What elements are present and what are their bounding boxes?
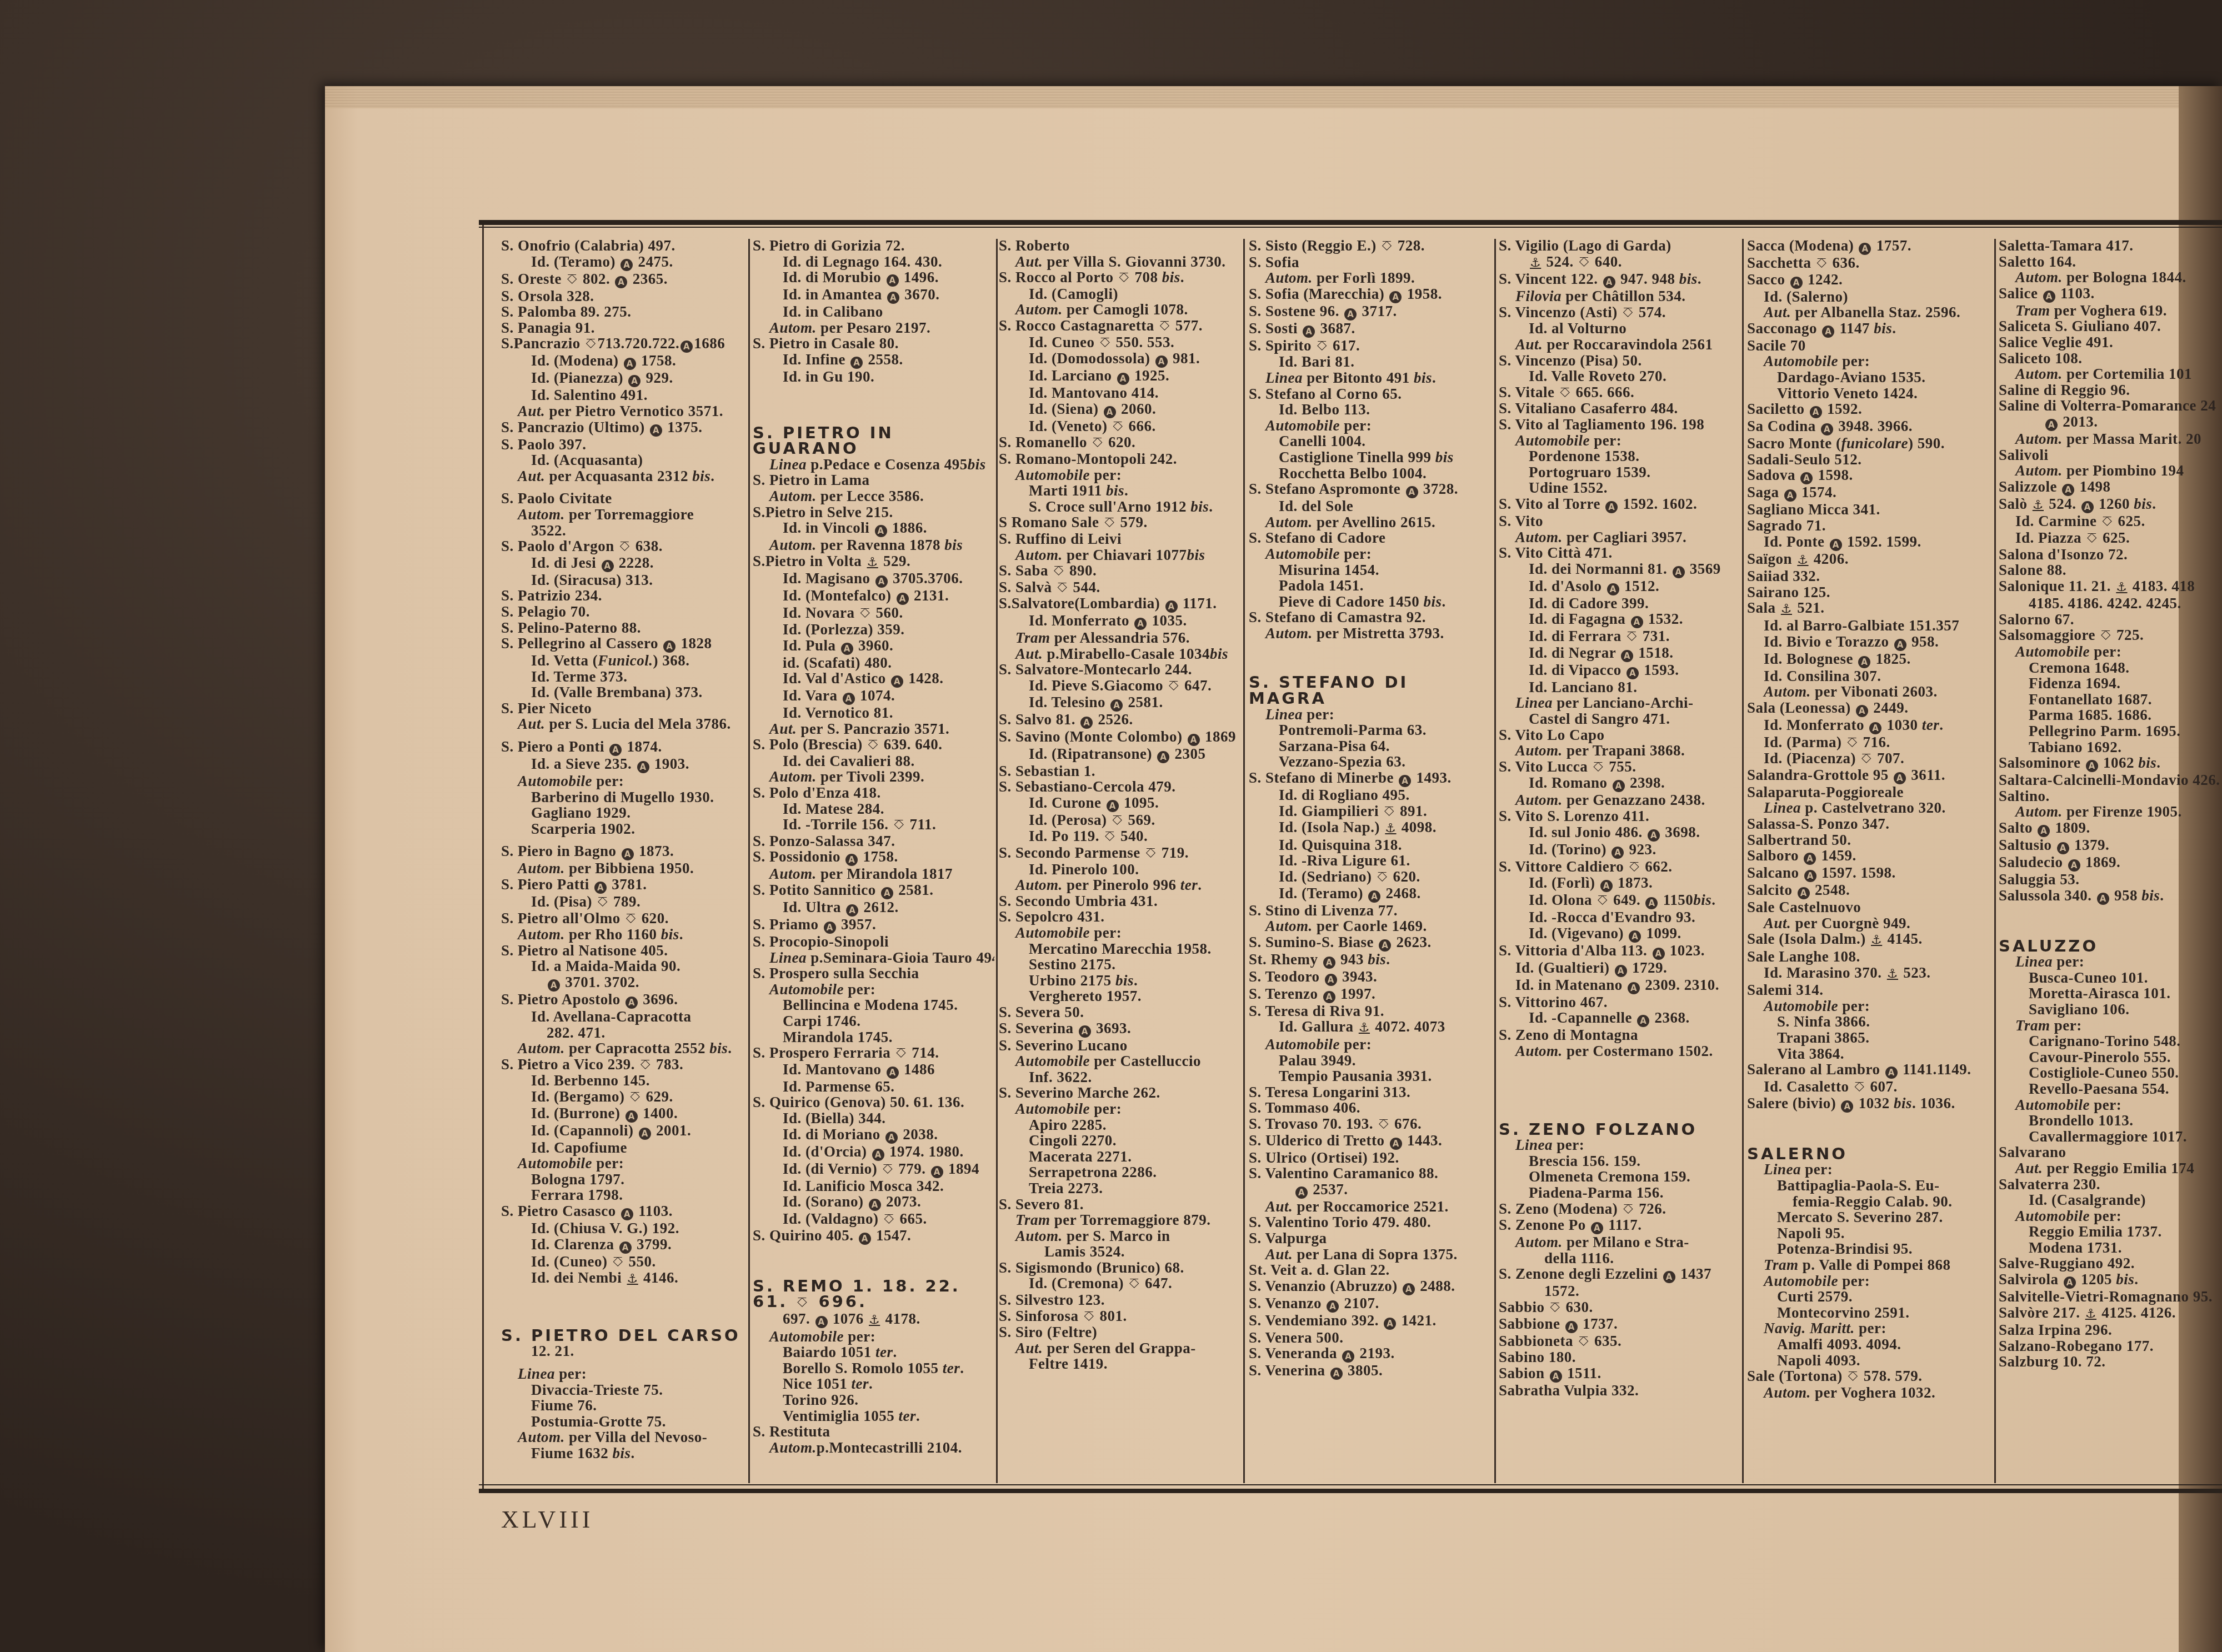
tramway-bell-icon: ⎏ — [1579, 254, 1589, 271]
italic-text: Automobile — [2015, 1097, 2090, 1113]
index-entry: Mercato S. Severino 287. — [1747, 1209, 1994, 1225]
italic-text: bis — [2134, 495, 2152, 512]
index-entry: Autom. per Mirandola 1817 — [753, 866, 994, 882]
index-entry: Saltara-Calcinelli-Mondavio 426. — [1999, 772, 2222, 788]
index-entry: Id. Giampilieri ⎏ 891. — [1249, 803, 1493, 820]
automobile-service-icon: A — [1810, 406, 1822, 418]
automobile-service-icon: A — [1648, 829, 1660, 842]
automobile-service-icon: A — [887, 274, 899, 287]
index-entry: Salorno 67. — [1999, 612, 2222, 628]
index-entry: Sacca (Modena) A 1757. — [1747, 238, 1994, 255]
index-entry: Id. Olona ⎏ 649. A 1150bis. — [1499, 892, 1741, 909]
index-entry: Automobile per: — [1499, 433, 1741, 449]
italic-text: Aut. — [518, 403, 545, 419]
italic-text: bis — [1190, 498, 1209, 515]
italic-text: Autom. — [769, 488, 817, 504]
automobile-service-icon: A — [1344, 308, 1357, 321]
spacer — [753, 1245, 994, 1274]
automobile-service-icon: A — [1303, 326, 1315, 338]
index-entry: Autom. per Rho 1160 bis. — [501, 927, 745, 943]
index-entry: Vita 3864. — [1747, 1046, 1994, 1062]
tramway-bell-icon: ⎏ — [895, 1045, 906, 1062]
index-entry: S. Stefano di Camastra 92. — [1249, 609, 1493, 625]
index-entry: Saline di Volterra-Pomarance 24 — [1999, 398, 2222, 414]
index-entry: Id. Novara ⎏ 560. — [753, 605, 994, 622]
index-entry: S. Vittorino 467. — [1499, 994, 1741, 1010]
automobile-service-icon: A — [1550, 1370, 1562, 1383]
index-entry: S. Siro (Feltre) — [999, 1324, 1242, 1340]
tramway-bell-icon: ⎏ — [1104, 515, 1115, 531]
tramway-bell-icon: ⎏ — [1084, 1309, 1094, 1325]
italic-text: bis — [709, 1040, 728, 1057]
index-entry: Id. Consilina 307. — [1747, 668, 1994, 684]
automobile-service-icon: A — [1800, 472, 1813, 484]
index-entry: S. Tommaso 406. — [1249, 1100, 1493, 1116]
tramway-bell-icon: ⎏ — [1092, 435, 1103, 451]
index-entry: Castel di Sangro 471. — [1499, 711, 1741, 727]
index-entry: S. Paolo Civitate — [501, 490, 745, 507]
index-entry: Id. -Rocca d'Evandro 93. — [1499, 909, 1741, 925]
index-entry: St. Rhemy A 943 bis. — [1249, 952, 1493, 969]
index-entry: Automobile per: — [1999, 644, 2222, 660]
index-entry: S. Quirico (Genova) 50. 61. 136. — [753, 1094, 994, 1110]
index-entry: S. Veneranda A 2193. — [1249, 1345, 1493, 1363]
index-entry: Curti 2579. — [1747, 1289, 1994, 1305]
automobile-service-icon: A — [1821, 423, 1833, 435]
index-entry: S. Saba ⎏ 890. — [999, 563, 1242, 579]
index-entry: Linea per: — [1747, 1162, 1994, 1178]
automobile-service-icon: A — [1107, 800, 1119, 812]
index-entry: Aut. per Roccaravindola 2561 — [1499, 337, 1741, 353]
index-entry: S.Salvatore(Lombardia) A 1171. — [999, 595, 1242, 613]
index-entry: 282. 471. — [501, 1025, 745, 1041]
index-entry: Id. Lanciano 81. — [1499, 679, 1741, 695]
index-entry: Id. Ponte A 1592. 1599. — [1747, 534, 1994, 551]
index-entry: S. Stefano di Cadore — [1249, 530, 1493, 546]
tramway-bell-icon: ⎏ — [1378, 1117, 1389, 1133]
index-entry: S. Vittore Caldiero ⎏ 662. — [1499, 859, 1741, 875]
index-entry: Id. dei Normanni 81. A 3569 — [1499, 561, 1741, 578]
section-heading: S. REMO 1. 18. 22. 61. ⎏ 696. — [753, 1278, 994, 1311]
index-entry: Saluggia 53. — [1999, 872, 2222, 888]
index-entry: Id. in Matenano A 2309. 2310. — [1499, 977, 1741, 994]
tramway-bell-icon: ⎏ — [1560, 385, 1570, 401]
index-entry: Pellegrino Parm. 1695. — [1999, 723, 2222, 739]
index-entry: Salice Veglie 491. — [1999, 334, 2222, 351]
index-entry: S. Secondo Umbria 431. — [999, 893, 1242, 909]
automobile-service-icon: A — [1784, 489, 1796, 502]
automobile-service-icon: A — [875, 575, 888, 588]
index-entry: S. Vincent 122. A 947. 948 bis. — [1499, 271, 1741, 288]
index-entry: Sagrado 71. — [1747, 518, 1994, 534]
index-entry: Automobile per Castelluccio — [999, 1053, 1242, 1069]
index-entry: S. Vito Lo Capo — [1499, 727, 1741, 743]
index-entry: Id. Carmine ⎏ 625. — [1999, 513, 2222, 530]
index-entry: S.Pancrazio ⎏713.720.722.A1686 — [501, 336, 745, 353]
index-column-6: Sacca (Modena) A 1757.Sacchetta ⎏ 636.Sa… — [1747, 238, 1994, 1482]
index-entry: S. Pellegrino al Cassero A 1828 — [501, 635, 745, 653]
bottom-rule-thin — [479, 1484, 2222, 1485]
index-entry: Automobile per: — [1249, 1037, 1493, 1053]
index-entry: Salsomaggiore ⎏ 725. — [1999, 627, 2222, 644]
index-entry: S. Vendemiano 392. A 1421. — [1249, 1313, 1493, 1330]
italic-text: bis — [1894, 1095, 1912, 1112]
index-entry: Id. Piazza ⎏ 625. — [1999, 530, 2222, 547]
index-entry: Salcano A 1597. 1598. — [1747, 865, 1994, 882]
index-entry: Id. Bolognese A 1825. — [1747, 651, 1994, 668]
automobile-service-icon: A — [2086, 760, 2098, 772]
italic-text: Aut. — [1764, 304, 1791, 321]
index-entry: Id. dei Cavalieri 88. — [753, 753, 994, 769]
italic-text: Automobile — [1265, 1036, 1340, 1053]
italic-text: bis — [1414, 369, 1432, 386]
automobile-service-icon: A — [1406, 486, 1418, 498]
index-entry: Rocchetta Belbo 1004. — [1249, 465, 1493, 482]
automobile-service-icon: A — [1859, 243, 1871, 255]
index-entry: Barberino di Mugello 1930. — [501, 789, 745, 805]
index-entry: Mercatino Marecchia 1958. — [999, 941, 1242, 957]
spacer — [1499, 1059, 1741, 1088]
index-entry: Id. (Sorano) A 2073. — [753, 1194, 994, 1211]
index-entry: Autom. per Forlì 1899. — [1249, 270, 1493, 286]
index-entry: S. Sofia — [1249, 254, 1493, 271]
italic-text: Autom. — [518, 860, 565, 877]
index-entry: Id. (Vigevano) A 1099. — [1499, 925, 1741, 943]
index-entry: S. Stefano al Corno 65. — [1249, 386, 1493, 402]
index-entry: Pontremoli-Parma 63. — [1249, 722, 1493, 738]
index-entry: Id. Mantovano 414. — [999, 385, 1242, 401]
index-entry: Busca-Cuneo 101. — [1999, 970, 2222, 986]
index-entry: S. Ulrico (Ortisei) 192. — [1249, 1150, 1493, 1166]
automobile-service-icon: A — [869, 1199, 881, 1211]
italic-text: Filovia — [1515, 288, 1562, 304]
index-entry: S. Stefano Aspromonte A 3728. — [1249, 481, 1493, 498]
index-entry: Carpi 1746. — [753, 1013, 994, 1029]
automobile-service-icon: A — [1080, 717, 1093, 729]
index-entry: Id. Infine A 2558. — [753, 352, 994, 369]
italic-text: Autom. — [769, 865, 817, 882]
index-entry: Saliceta S. Giuliano 407. — [1999, 318, 2222, 334]
index-entry: S. Venanzio (Abruzzo) A 2488. — [1249, 1278, 1493, 1295]
index-entry: Sale Castelnuovo — [1747, 899, 1994, 915]
index-entry: 697. A 1076 ⚓ 4178. — [753, 1311, 994, 1329]
index-entry: Apiro 2285. — [999, 1117, 1242, 1133]
index-entry: Autom. per Capracotta 2552 bis. — [501, 1040, 745, 1057]
page-stack-edge — [325, 86, 2222, 108]
italic-text: Funicol. — [598, 652, 653, 669]
automobile-service-icon: A — [1653, 948, 1665, 960]
tramway-bell-icon: ⎏ — [1119, 270, 1129, 286]
index-entry: Id. Val d'Astico A 1428. — [753, 670, 994, 688]
index-entry: Id. Marasino 370. ⚓ 523. — [1747, 965, 1994, 983]
automobile-service-icon: A — [1804, 853, 1816, 865]
tramway-bell-icon: ⎏ — [1861, 751, 1871, 767]
index-entry: Id. (Ripatransone) A 2305 — [999, 746, 1242, 763]
index-entry: Autom. per Villa del Nevoso- — [501, 1429, 745, 1445]
italic-text: Autom. — [518, 926, 565, 943]
index-entry: Saliceto 108. — [1999, 351, 2222, 367]
automobile-service-icon: A — [1613, 780, 1625, 792]
index-entry: Udine 1552. — [1499, 480, 1741, 496]
index-entry: S. Pelagio 70. — [501, 604, 745, 620]
italic-text: Automobile — [1515, 432, 1590, 449]
navigation-ship-icon: ⚓ — [869, 1313, 880, 1329]
index-entry: S. Pier Niceto — [501, 700, 745, 717]
tramway-bell-icon: ⎏ — [1847, 735, 1858, 751]
spacer — [753, 385, 994, 414]
automobile-service-icon: A — [1591, 1222, 1603, 1234]
index-entry: Id. (Domodossola) A 981. — [999, 351, 1242, 368]
index-entry: Id. sul Jonio 486. A 3698. — [1499, 824, 1741, 842]
index-entry: Linea p.Seminara-Gioia Tauro 494 — [753, 950, 994, 966]
index-entry: Autom. per Piombino 194 — [1999, 463, 2222, 479]
italic-text: funicolare — [1841, 435, 1908, 452]
column-separator — [1494, 239, 1496, 1483]
index-entry: Pieve di Cadore 1450 bis. — [1249, 594, 1493, 610]
italic-text: Autom. — [1515, 792, 1563, 808]
automobile-service-icon: A — [1663, 1271, 1675, 1283]
italic-text: Linea — [518, 1365, 555, 1382]
index-entry: Trapani 3865. — [1747, 1030, 1994, 1046]
index-entry: S. Ruffino di Leivi — [999, 531, 1242, 547]
italic-text: Autom. — [518, 1429, 565, 1445]
index-entry: Napoli 4093. — [1747, 1353, 1994, 1369]
tramway-bell-icon: ⎏ — [619, 539, 630, 555]
automobile-service-icon: A — [1629, 930, 1641, 943]
tramway-bell-icon: ⎏ — [1057, 580, 1068, 596]
index-entry: S. Restituta — [753, 1424, 994, 1440]
index-entry: Costigliole-Cuneo 550. — [1999, 1065, 2222, 1081]
index-entry: Id. Mantovano A 1486 — [753, 1062, 994, 1079]
index-entry: S. Sepolcro 431. — [999, 909, 1242, 925]
index-entry: Id. (Valdagno) ⎏ 665. — [753, 1211, 994, 1228]
italic-text: Autom. — [2015, 269, 2063, 286]
index-entry: Linea p.Pedace e Cosenza 495bis — [753, 457, 994, 473]
italic-text: Tram — [1764, 1256, 1799, 1273]
index-entry: ⚓ 524. ⎏ 640. — [1499, 254, 1741, 272]
index-entry: Dardago-Aviano 1535. — [1747, 369, 1994, 386]
index-entry: Tram per Alessandria 576. — [999, 630, 1242, 646]
index-entry: Sabbioneta ⎏ 635. — [1499, 1333, 1741, 1350]
index-entry: S. Teresa di Riva 91. — [1249, 1003, 1493, 1019]
index-entry: Id. Matese 284. — [753, 801, 994, 817]
index-entry: Id. Capofiume — [501, 1140, 745, 1156]
index-entry: Postumia-Grotte 75. — [501, 1414, 745, 1430]
index-entry: Gagliano 1929. — [501, 805, 745, 821]
italic-text: ter — [943, 1360, 960, 1376]
index-entry: S. Palomba 89. 275. — [501, 304, 745, 320]
spacer — [501, 1316, 745, 1323]
index-entry: Salvirola A 1205 bis. — [1999, 1271, 2222, 1289]
automobile-service-icon: A — [1607, 583, 1619, 595]
index-entry: Id. di Moriano A 2038. — [753, 1127, 994, 1144]
index-entry: Id. di Ferrara ⎏ 731. — [1499, 628, 1741, 645]
index-entry: Brondello 1013. — [1999, 1113, 2222, 1129]
index-entry: Id. a Sieve 235. A 1903. — [501, 756, 745, 773]
index-entry: Portogruaro 1539. — [1499, 464, 1741, 480]
index-entry: Autom. per Pesaro 2197. — [753, 320, 994, 336]
italic-text: Autom. — [2015, 462, 2063, 479]
automobile-service-icon: A — [1368, 890, 1380, 903]
index-entry: Salbertrand 50. — [1747, 832, 1994, 848]
tramway-bell-icon: ⎏ — [2086, 530, 2097, 547]
index-entry: S. Potito Sannitico A 2581. — [753, 882, 994, 899]
index-entry: Sale Langhe 108. — [1747, 949, 1994, 965]
italic-text: Linea — [769, 949, 807, 966]
index-entry: Sacconago A 1147 bis. — [1747, 321, 1994, 338]
automobile-service-icon: A — [1822, 326, 1834, 338]
index-entry: Autom. per Trapani 3868. — [1499, 743, 1741, 759]
italic-text: Autom. — [1515, 1234, 1563, 1250]
spacer — [1249, 641, 1493, 670]
automobile-service-icon: A — [1612, 847, 1624, 859]
index-entry: Id. Magisano A 3705.3706. — [753, 570, 994, 588]
navigation-ship-icon: ⚓ — [2116, 580, 2127, 596]
automobile-service-icon: A — [1804, 870, 1816, 882]
index-entry: Linea per: — [501, 1366, 745, 1382]
index-entry: Salcito A 2548. — [1747, 882, 1994, 899]
index-entry: Id. Po 119. ⎏ 540. — [999, 828, 1242, 845]
automobile-service-icon: A — [1603, 276, 1615, 288]
tramway-bell-icon: ⎏ — [1145, 845, 1156, 862]
navigation-ship-icon: ⚓ — [1871, 933, 1882, 949]
index-entry: Vezzano-Spezia 63. — [1249, 754, 1493, 770]
index-entry: Parma 1685. 1686. — [1999, 707, 2222, 723]
tramway-bell-icon: ⎏ — [597, 894, 608, 910]
index-entry: S. Stefano di Minerbe A 1493. — [1249, 770, 1493, 787]
automobile-service-icon: A — [1790, 277, 1803, 289]
index-entry: femia-Reggio Calab. 90. — [1747, 1194, 1994, 1210]
index-entry: Id. (Pisa) ⎏ 789. — [501, 894, 745, 910]
italic-text: bis — [1106, 482, 1124, 499]
italic-text: ter — [851, 1375, 869, 1392]
index-entry: Sestino 2175. — [999, 957, 1242, 973]
italic-text: Autom. — [2015, 803, 2063, 820]
italic-text: bis — [661, 926, 679, 943]
left-rule — [482, 225, 484, 1489]
automobile-service-icon: A — [1637, 1015, 1649, 1027]
index-entry: Bologna 1797. — [501, 1172, 745, 1188]
italic-text: Automobile — [2015, 643, 2090, 660]
index-entry: Feltre 1419. — [999, 1356, 1242, 1372]
automobile-service-icon: A — [815, 1316, 828, 1328]
index-entry: S. Quirino 405. A 1547. — [753, 1228, 994, 1245]
italic-text: Tram — [1015, 629, 1050, 646]
italic-text: Autom. — [1265, 918, 1313, 934]
automobile-service-icon: A — [621, 1208, 633, 1220]
automobile-service-icon: A — [885, 1132, 898, 1144]
tramway-bell-icon: ⎏ — [1053, 563, 1064, 579]
index-entry: Cavour-Pinerolo 555. — [1999, 1049, 2222, 1065]
index-entry: id. (Scafati) 480. — [753, 655, 994, 671]
automobile-service-icon: A — [887, 1067, 899, 1079]
automobile-service-icon: A — [1295, 1187, 1308, 1199]
index-entry: Id. Romano A 2398. — [1499, 775, 1741, 792]
automobile-service-icon: A — [2045, 419, 2058, 431]
index-entry: Automobile per: — [1747, 998, 1994, 1014]
index-entry: S. Valentino Torio 479. 480. — [1249, 1214, 1493, 1230]
index-entry: Id. (Siena) A 2060. — [999, 401, 1242, 418]
index-entry: Id. (Parma) ⎏ 716. — [1747, 734, 1994, 751]
index-entry: Id. d'Asolo A 1512. — [1499, 578, 1741, 595]
automobile-service-icon: A — [2038, 825, 2050, 837]
tramway-bell-icon: ⎏ — [1629, 859, 1640, 875]
index-entry: Sacro Monte (funicolare) 590. — [1747, 435, 1994, 452]
tramway-bell-icon: ⎏ — [1384, 804, 1394, 820]
automobile-service-icon: A — [1858, 656, 1870, 668]
tramway-bell-icon: ⎏ — [1597, 893, 1608, 909]
automobile-service-icon: A — [1830, 539, 1842, 551]
italic-text: bis — [1423, 593, 1442, 610]
index-entry: Id. (d'Orcia) A 1974. 1980. — [753, 1144, 994, 1161]
index-entry: Id. in Vincoli A 1886. — [753, 520, 994, 537]
index-entry: Id. (Veneto) ⎏ 666. — [999, 418, 1242, 435]
index-entry: Saga A 1574. — [1747, 484, 1994, 502]
index-entry: Autom. per Milano e Stra- — [1499, 1234, 1741, 1250]
index-entry: Verghereto 1957. — [999, 988, 1242, 1004]
index-entry: 4185. 4186. 4242. 4245. — [1999, 595, 2222, 612]
index-entry: Automobile per: — [1999, 1208, 2222, 1224]
index-entry: Id. Vara A 1074. — [753, 688, 994, 705]
index-entry: Id. Belbo 113. — [1249, 402, 1493, 418]
index-entry: Id. al Barro-Galbiate 151.357 — [1747, 618, 1994, 634]
index-entry: Sabratha Vulpia 332. — [1499, 1383, 1741, 1399]
index-entry: Id. Valle Roveto 270. — [1499, 368, 1741, 384]
index-entry: S. Polo (Brescia) ⎏ 639. 640. — [753, 737, 994, 753]
tramway-bell-icon: ⎏ — [1317, 338, 1327, 354]
automobile-service-icon: A — [1379, 939, 1391, 952]
italic-text: Autom. — [1265, 269, 1313, 286]
tramway-bell-icon: ⎏ — [1627, 629, 1637, 645]
index-entry: S. Paolo d'Argon ⎏ 638. — [501, 538, 745, 555]
italic-text: Autom. — [518, 1040, 565, 1057]
index-entry: Id. di Negrar A 1518. — [1499, 645, 1741, 662]
index-entry: S. Sosti A 3687. — [1249, 321, 1493, 338]
index-entry: Sacile 70 — [1747, 338, 1994, 354]
index-entry: Autom. per Massa Marit. 20 — [1999, 431, 2222, 447]
column-separator — [748, 239, 750, 1483]
automobile-service-icon: A — [1323, 991, 1335, 1003]
index-entry: Id. Parmense 65. — [753, 1079, 994, 1095]
tramway-bell-icon: ⎏ — [2102, 514, 2113, 530]
automobile-service-icon: A — [637, 761, 649, 773]
index-entry: Olmeneta Cremona 159. — [1499, 1169, 1741, 1185]
index-entry: S. Vito Lucca ⎏ 755. — [1499, 759, 1741, 775]
italic-text: Autom. — [1764, 683, 1811, 700]
index-entry: Automobile per: — [999, 467, 1242, 483]
tramway-bell-icon: ⎏ — [625, 911, 636, 927]
automobile-service-icon: A — [846, 904, 858, 917]
italic-text: bis — [1115, 972, 1134, 989]
index-column-7: Saletta-Tamara 417.Saletto 164.Autom. pe… — [1999, 238, 2222, 1482]
index-entry: St. Veit a. d. Glan 22. — [1249, 1262, 1493, 1278]
index-entry: Linea per Bitonto 491 bis. — [1249, 370, 1493, 386]
index-entry: Id. (Modena) A 1758. — [501, 353, 745, 370]
bottom-rule — [479, 1489, 2222, 1493]
automobile-service-icon: A — [2068, 859, 2080, 872]
tramway-bell-icon: ⎏ — [1550, 1300, 1560, 1316]
automobile-service-icon: A — [1673, 566, 1685, 578]
index-entry: Id. Vetta (Funicol.) 368. — [501, 653, 745, 669]
index-entry: Scarperia 1902. — [501, 821, 745, 837]
index-entry: S. Patrizio 234. — [501, 588, 745, 604]
index-entry: S. Vincenzo (Pisa) 50. — [1499, 353, 1741, 369]
index-entry: Ferrara 1798. — [501, 1187, 745, 1203]
index-entry: S. Severa 50. — [999, 1004, 1242, 1020]
italic-text: Linea — [2015, 953, 2053, 970]
index-entry: S. Pietro all'Olmo ⎏ 620. — [501, 910, 745, 927]
italic-text: bis — [944, 537, 963, 553]
